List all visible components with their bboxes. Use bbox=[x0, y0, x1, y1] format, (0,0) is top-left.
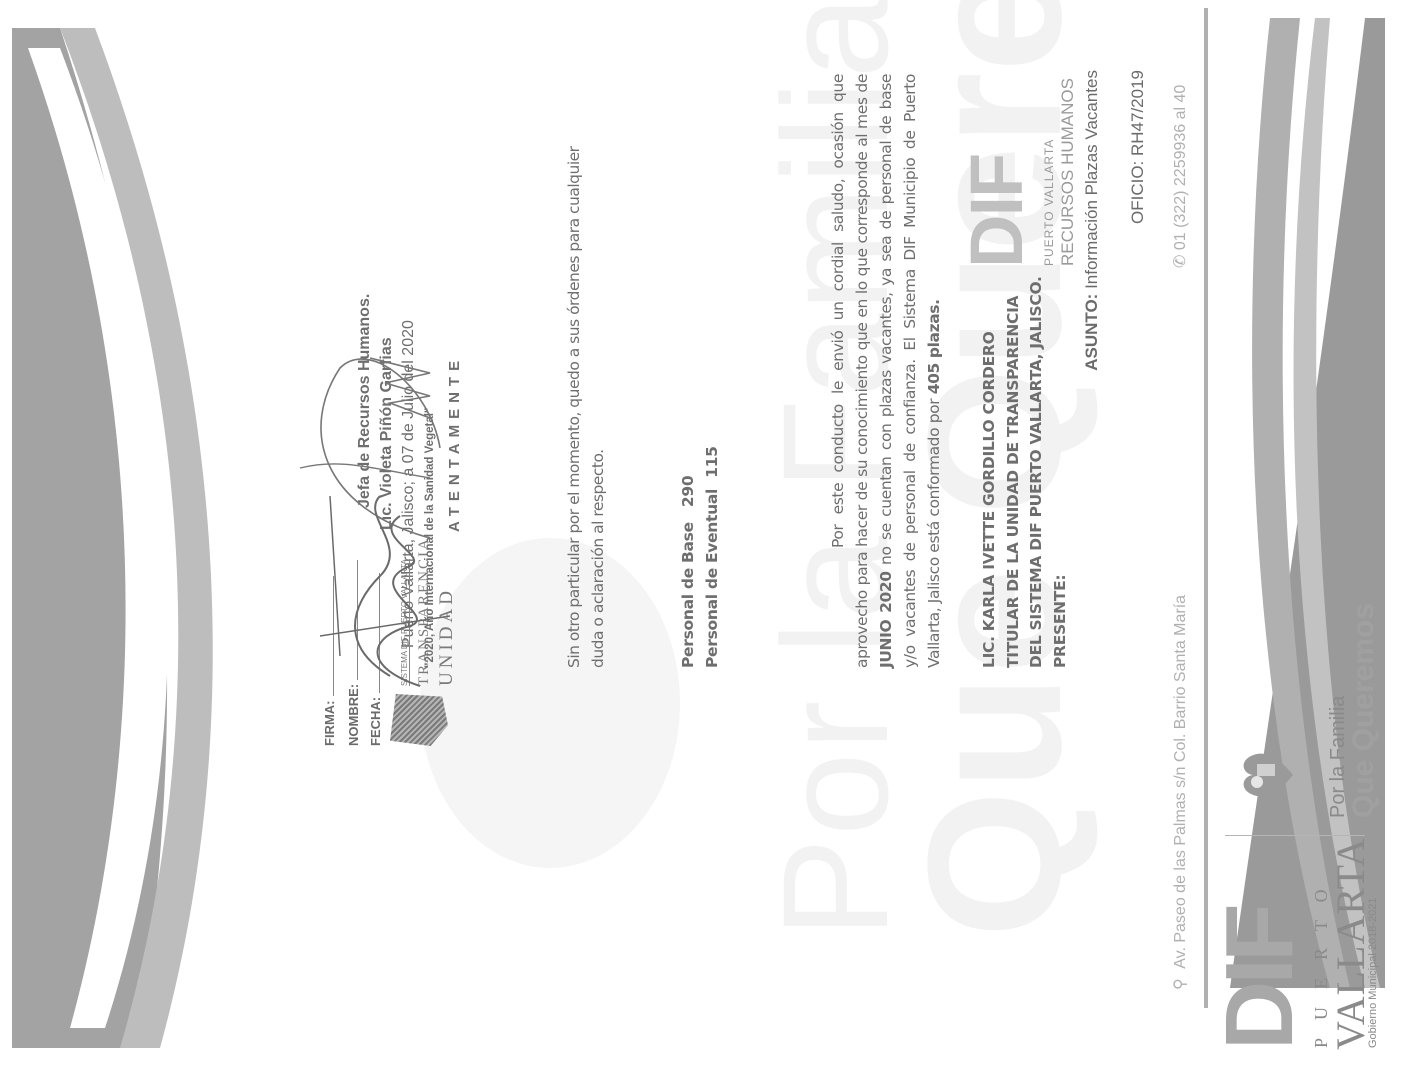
staff-label: Personal de Eventual bbox=[703, 489, 721, 668]
footer-divider bbox=[1204, 8, 1208, 1008]
staff-row: Personal de Eventual 115 bbox=[700, 446, 724, 668]
footer-phone-text: 01 (322) 2259936 al 40 bbox=[1172, 85, 1189, 250]
location-pin-icon: ⚲ bbox=[1170, 978, 1190, 990]
stamp-firma-label: FIRMA: bbox=[322, 701, 337, 747]
staff-value: 290 bbox=[676, 476, 700, 507]
body-text-a: Por este conducto le envió un cordial sa… bbox=[829, 74, 871, 668]
closing-paragraph: Sin otro particular por el momento, qued… bbox=[562, 108, 610, 668]
family-heart-icon bbox=[1235, 750, 1295, 800]
letter-page: Por la Familia Que Queremos DIF PUERTO V… bbox=[0, 0, 1408, 1088]
footer-address: ⚲ Av. Paseo de las Palmas s/n Col. Barri… bbox=[1170, 595, 1190, 990]
footer-phone: ✆ 01 (322) 2259936 al 40 bbox=[1170, 85, 1190, 268]
dif-rh-logo: DIF PUERTO VALLARTA RECURSOS HUMANOS bbox=[960, 38, 1090, 268]
stamp-handwriting bbox=[300, 476, 460, 696]
total-positions: 405 plazas. bbox=[925, 299, 943, 394]
rh-department: RECURSOS HUMANOS bbox=[1058, 78, 1078, 266]
asunto-label: ASUNTO: bbox=[1082, 294, 1101, 371]
staff-row: Personal de Base 290 bbox=[676, 446, 700, 668]
report-month: JUNIO 2020 bbox=[877, 571, 895, 668]
staff-label: Personal de Base bbox=[679, 522, 697, 668]
dif-vallarta-logo: DIF PUERTO VALLARTA Gobierno Municipal 2… bbox=[1215, 530, 1385, 1050]
rh-city: PUERTO VALLARTA bbox=[1042, 139, 1056, 266]
recipient-line: TITULAR DE LA UNIDAD DE TRANSPARENCIA bbox=[1002, 276, 1026, 668]
footer-address-text: Av. Paseo de las Palmas s/n Col. Barrio … bbox=[1172, 595, 1189, 969]
reception-stamp: UNIDAD TRANSPARENCIA SISTEMA DIF PUERTO … bbox=[340, 486, 460, 746]
slogan-line2: Que Queremos bbox=[1347, 603, 1381, 818]
phone-icon: ✆ bbox=[1172, 255, 1189, 268]
stamp-fecha-label: FECHA: bbox=[368, 697, 383, 746]
dif-brand-text: DIF bbox=[1215, 907, 1305, 1050]
recipient-block: LIC. KARLA IVETTE GORDILLO CORDERO TITUL… bbox=[978, 276, 1072, 668]
logo-government: Gobierno Municipal 2018-2021 bbox=[1367, 898, 1379, 1048]
oficio-number: OFICIO: RH47/2019 bbox=[1128, 70, 1148, 224]
recipient-line: DEL SISTEMA DIF PUERTO VALLARTA, JALISCO… bbox=[1025, 276, 1049, 668]
recipient-line: LIC. KARLA IVETTE GORDILLO CORDERO bbox=[978, 276, 1002, 668]
rh-dif-brand: DIF bbox=[960, 155, 1034, 268]
logo-divider bbox=[1225, 835, 1365, 836]
municipal-seal-icon bbox=[390, 694, 448, 746]
body-paragraph: Por este conducto le envió un cordial sa… bbox=[826, 74, 946, 668]
recipient-line: PRESENTE: bbox=[1049, 276, 1073, 668]
staff-summary: Personal de Base 290 Personal de Eventua… bbox=[676, 446, 724, 668]
staff-value: 115 bbox=[700, 446, 724, 477]
